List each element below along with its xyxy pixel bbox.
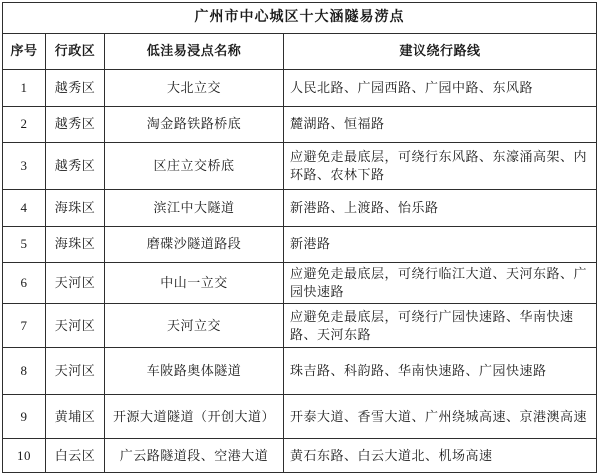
cell-detour: 黄石东路、白云大道北、机场高速: [284, 439, 597, 473]
table-row: 8 天河区 车陂路奥体隧道 珠吉路、科韵路、华南快速路、广园快速路: [3, 348, 597, 395]
table-row: 1 越秀区 大北立交 人民北路、广园西路、广园中路、东风路: [3, 70, 597, 107]
table-row: 10 白云区 广云路隧道段、空港大道 黄石东路、白云大道北、机场高速: [3, 439, 597, 473]
cell-no: 4: [3, 190, 46, 227]
table-title-row: 广州市中心城区十大涵隧易涝点: [3, 3, 597, 34]
cell-location: 开源大道隧道（开创大道）: [105, 395, 284, 439]
cell-location: 滨江中大隧道: [105, 190, 284, 227]
header-cell-no: 序号: [3, 34, 46, 70]
table-row: 7 天河区 天河立交 应避免走最底层，可绕行广园快速路、华南快速路、天河东路: [3, 304, 597, 348]
table-header-row: 序号 行政区 低洼易浸点名称 建议绕行路线: [3, 34, 597, 70]
cell-district: 天河区: [46, 348, 105, 395]
cell-detour: 新港路、上渡路、怡乐路: [284, 190, 597, 227]
cell-location: 车陂路奥体隧道: [105, 348, 284, 395]
cell-detour: 新港路: [284, 227, 597, 263]
header-cell-district: 行政区: [46, 34, 105, 70]
table-row: 4 海珠区 滨江中大隧道 新港路、上渡路、怡乐路: [3, 190, 597, 227]
cell-district: 越秀区: [46, 143, 105, 190]
table-row: 9 黄埔区 开源大道隧道（开创大道） 开泰大道、香雪大道、广州绕城高速、京港澳高…: [3, 395, 597, 439]
cell-district: 白云区: [46, 439, 105, 473]
cell-no: 2: [3, 107, 46, 143]
document-page: 广州市中心城区十大涵隧易涝点 序号 行政区 低洼易浸点名称 建议绕行路线 1 越…: [0, 0, 600, 471]
table-row: 5 海珠区 磨碟沙隧道路段 新港路: [3, 227, 597, 263]
cell-location: 天河立交: [105, 304, 284, 348]
cell-district: 黄埔区: [46, 395, 105, 439]
cell-location: 区庄立交桥底: [105, 143, 284, 190]
cell-location: 中山一立交: [105, 263, 284, 304]
cell-no: 8: [3, 348, 46, 395]
cell-detour: 开泰大道、香雪大道、广州绕城高速、京港澳高速: [284, 395, 597, 439]
cell-detour: 应避免走最底层，可绕行广园快速路、华南快速路、天河东路: [284, 304, 597, 348]
table-row: 6 天河区 中山一立交 应避免走最底层，可绕行临江大道、天河东路、广园快速路: [3, 263, 597, 304]
header-cell-detour: 建议绕行路线: [284, 34, 597, 70]
cell-detour: 应避免走最底层，可绕行东风路、东濠涌高架、内环路、农林下路: [284, 143, 597, 190]
cell-location: 大北立交: [105, 70, 284, 107]
cell-district: 天河区: [46, 263, 105, 304]
cell-location: 磨碟沙隧道路段: [105, 227, 284, 263]
cell-no: 10: [3, 439, 46, 473]
table-row: 2 越秀区 淘金路铁路桥底 麓湖路、恒福路: [3, 107, 597, 143]
cell-district: 海珠区: [46, 227, 105, 263]
cell-no: 9: [3, 395, 46, 439]
cell-district: 天河区: [46, 304, 105, 348]
cell-detour: 珠吉路、科韵路、华南快速路、广园快速路: [284, 348, 597, 395]
cell-detour: 应避免走最底层，可绕行临江大道、天河东路、广园快速路: [284, 263, 597, 304]
cell-district: 越秀区: [46, 70, 105, 107]
table-title: 广州市中心城区十大涵隧易涝点: [3, 3, 597, 34]
cell-district: 越秀区: [46, 107, 105, 143]
cell-detour: 麓湖路、恒福路: [284, 107, 597, 143]
cell-no: 5: [3, 227, 46, 263]
cell-no: 1: [3, 70, 46, 107]
table-row: 3 越秀区 区庄立交桥底 应避免走最底层，可绕行东风路、东濠涌高架、内环路、农林…: [3, 143, 597, 190]
cell-no: 7: [3, 304, 46, 348]
flood-points-table: 广州市中心城区十大涵隧易涝点 序号 行政区 低洼易浸点名称 建议绕行路线 1 越…: [2, 2, 597, 473]
cell-location: 广云路隧道段、空港大道: [105, 439, 284, 473]
cell-location: 淘金路铁路桥底: [105, 107, 284, 143]
cell-no: 6: [3, 263, 46, 304]
header-cell-location: 低洼易浸点名称: [105, 34, 284, 70]
cell-district: 海珠区: [46, 190, 105, 227]
cell-no: 3: [3, 143, 46, 190]
cell-detour: 人民北路、广园西路、广园中路、东风路: [284, 70, 597, 107]
